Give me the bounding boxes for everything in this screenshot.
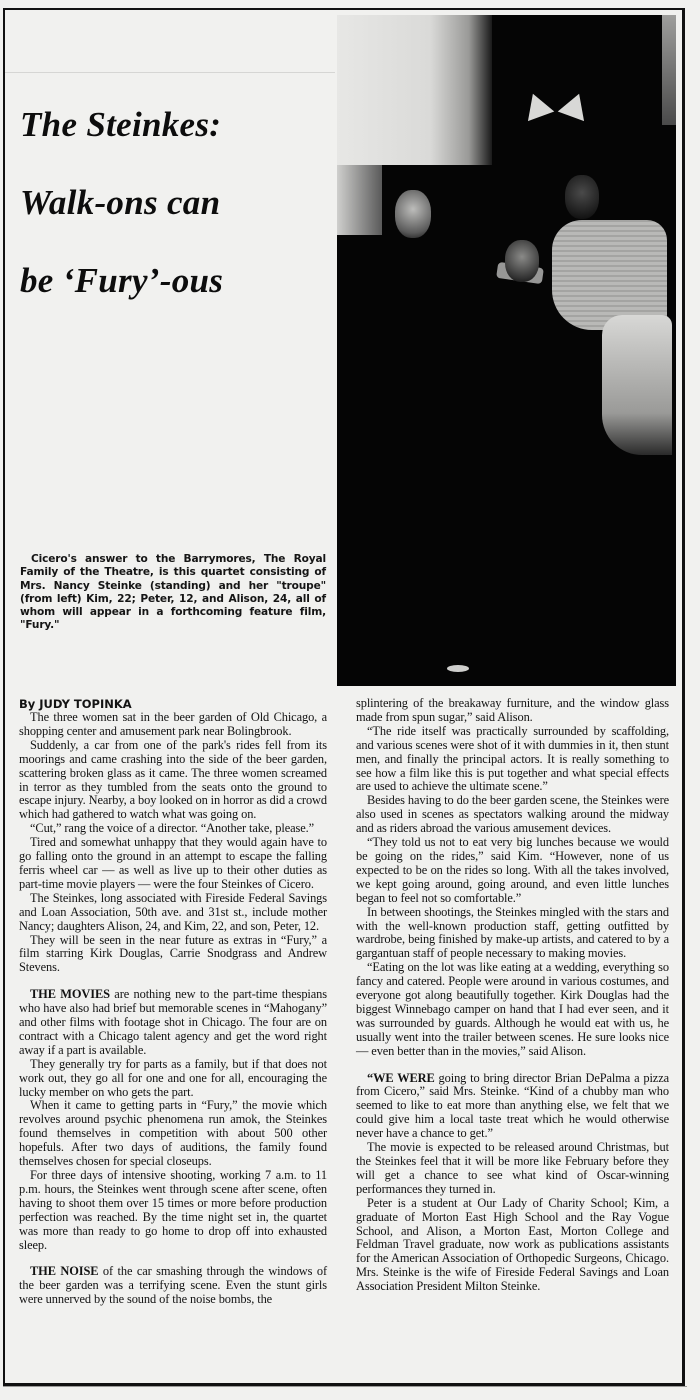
paragraph: They will be seen in the near future as … bbox=[19, 934, 327, 976]
paragraph: Suddenly, a car from one of the park's r… bbox=[19, 739, 327, 822]
paragraph: Besides having to do the beer garden sce… bbox=[356, 794, 669, 836]
paragraph: Tired and somewhat unhappy that they wou… bbox=[19, 836, 327, 892]
photo-background-wall bbox=[337, 15, 492, 165]
paragraph: “Cut,” rang the voice of a director. “An… bbox=[19, 822, 327, 836]
bottom-rule bbox=[3, 1386, 687, 1387]
photo-collar-right bbox=[558, 89, 593, 121]
byline: By JUDY TOPINKA bbox=[19, 697, 327, 711]
paragraph-subhead: “WE WERE going to bring director Brian D… bbox=[356, 1072, 669, 1142]
paragraph: Peter is a student at Our Lady of Charit… bbox=[356, 1197, 669, 1294]
paragraph: In between shootings, the Steinkes mingl… bbox=[356, 906, 669, 962]
paragraph: For three days of intensive shooting, wo… bbox=[19, 1169, 327, 1252]
headline-line-3: be ‘Fury’-ous bbox=[20, 242, 330, 320]
article-column-left: By JUDY TOPINKA The three women sat in t… bbox=[19, 697, 327, 1307]
photo-shoe bbox=[447, 665, 469, 672]
headline: The Steinkes: Walk-ons can be ‘Fury’-ous bbox=[20, 86, 330, 320]
paragraph: splintering of the breakaway furniture, … bbox=[356, 697, 669, 725]
photo-background-sofa bbox=[337, 165, 382, 235]
paragraph-subhead: THE MOVIES are nothing new to the part-t… bbox=[19, 988, 327, 1058]
photo-dress bbox=[552, 220, 667, 330]
subhead-lead: “WE WERE bbox=[367, 1071, 435, 1085]
paragraph: “The ride itself was practically surroun… bbox=[356, 725, 669, 795]
paragraph-subhead: THE NOISE of the car smashing through th… bbox=[19, 1265, 327, 1307]
subhead-lead: THE NOISE bbox=[30, 1264, 98, 1278]
headline-line-2: Walk-ons can bbox=[20, 164, 330, 242]
paragraph: “Eating on the lot was like eating at a … bbox=[356, 961, 669, 1058]
paragraph: When it came to getting parts in “Fury,”… bbox=[19, 1099, 327, 1169]
photo-background-edge bbox=[662, 15, 676, 125]
photo-collar-left bbox=[520, 89, 555, 121]
top-rule bbox=[5, 72, 335, 73]
photo-face-kim bbox=[395, 190, 431, 238]
photo-face-peter bbox=[505, 240, 539, 282]
paragraph: “They told us not to eat very big lunche… bbox=[356, 836, 669, 906]
photo-dress-lower bbox=[602, 315, 672, 455]
paragraph: The Steinkes, long associated with Fires… bbox=[19, 892, 327, 934]
headline-line-1: The Steinkes: bbox=[20, 86, 330, 164]
article-column-right: splintering of the breakaway furniture, … bbox=[356, 697, 669, 1294]
photo-face-alison bbox=[565, 175, 599, 219]
family-photo bbox=[337, 15, 676, 686]
subhead-lead: THE MOVIES bbox=[30, 987, 110, 1001]
paragraph: The three women sat in the beer garden o… bbox=[19, 711, 327, 739]
photo-caption: Cicero's answer to the Barrymores, The R… bbox=[20, 553, 326, 633]
paragraph: The movie is expected to be released aro… bbox=[356, 1141, 669, 1197]
paragraph: They generally try for parts as a family… bbox=[19, 1058, 327, 1100]
